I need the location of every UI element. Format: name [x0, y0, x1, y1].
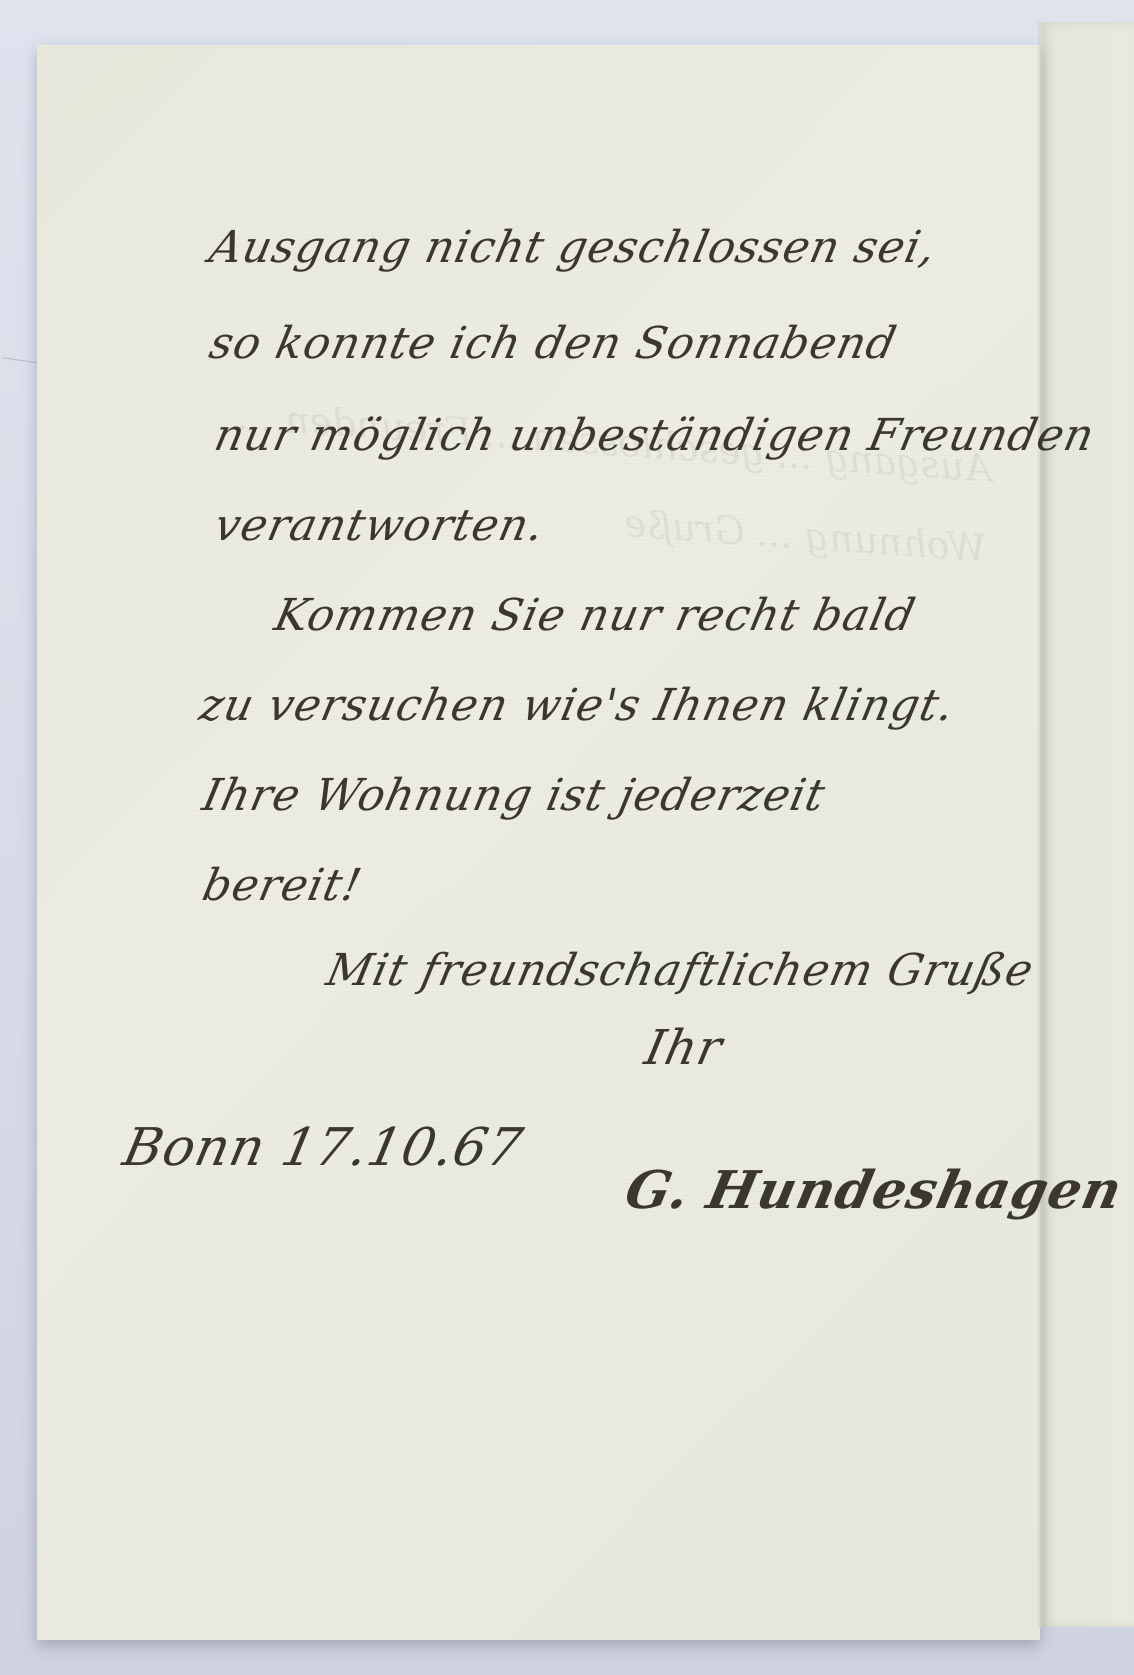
closing-line: Mit freundschaftlichem Gruße	[322, 945, 1038, 996]
body-line-7: Ihre Wohnung ist jederzeit	[198, 770, 830, 821]
letter-body: Ausgang nicht geschlossen sei, so konnte…	[0, 0, 1134, 1675]
body-line-2: so konnte ich den Sonnabend	[205, 318, 901, 369]
body-line-8: bereit!	[198, 860, 367, 911]
photo-scene: Ausgang ... geschlossen ... Freunden ...…	[0, 0, 1134, 1675]
body-line-4: verantworten.	[210, 500, 549, 551]
signature: G. Hundeshagen	[620, 1160, 1128, 1221]
body-line-6: zu versuchen wie's Ihnen klingt.	[195, 680, 959, 731]
closing-pronoun: Ihr	[640, 1020, 728, 1076]
place-date: Bonn 17.10.67	[118, 1118, 528, 1178]
body-line-1: Ausgang nicht geschlossen sei,	[205, 222, 941, 273]
body-line-5: Kommen Sie nur recht bald	[270, 590, 920, 641]
body-line-3: nur möglich unbeständigen Freunden	[210, 410, 1099, 461]
